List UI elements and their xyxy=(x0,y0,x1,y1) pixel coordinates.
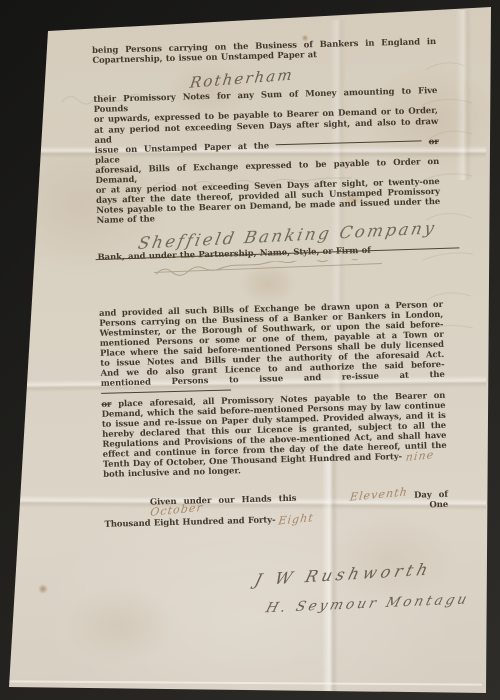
handwritten-year-word: nine xyxy=(405,455,433,458)
handwritten-place: Rotherham xyxy=(189,62,392,88)
text-fragment: One xyxy=(429,500,448,510)
document-text: being Persons carrying on the Business o… xyxy=(92,37,451,616)
text-fragment: place xyxy=(95,155,120,166)
handwritten-day: Eleventh xyxy=(303,493,407,503)
handwritten-year: Eight xyxy=(279,518,314,521)
document-paper: being Persons carrying on the Business o… xyxy=(0,0,500,700)
signature-1: J W Rushworth xyxy=(254,563,452,585)
underlying-sheet-edge xyxy=(8,680,482,685)
crossed-out-handwriting xyxy=(154,258,384,280)
photo-of-document: being Persons carrying on the Business o… xyxy=(0,0,500,700)
signature-2: H. Seymour Montagu xyxy=(265,595,453,613)
struck-word: or xyxy=(101,399,111,409)
vertical-fold-crease xyxy=(456,10,472,180)
blank-rule xyxy=(276,140,422,145)
struck-word: or xyxy=(429,137,439,147)
blank-rule xyxy=(101,389,231,393)
execution-clause: Given under our Hands this Eleventh Day … xyxy=(104,490,449,529)
